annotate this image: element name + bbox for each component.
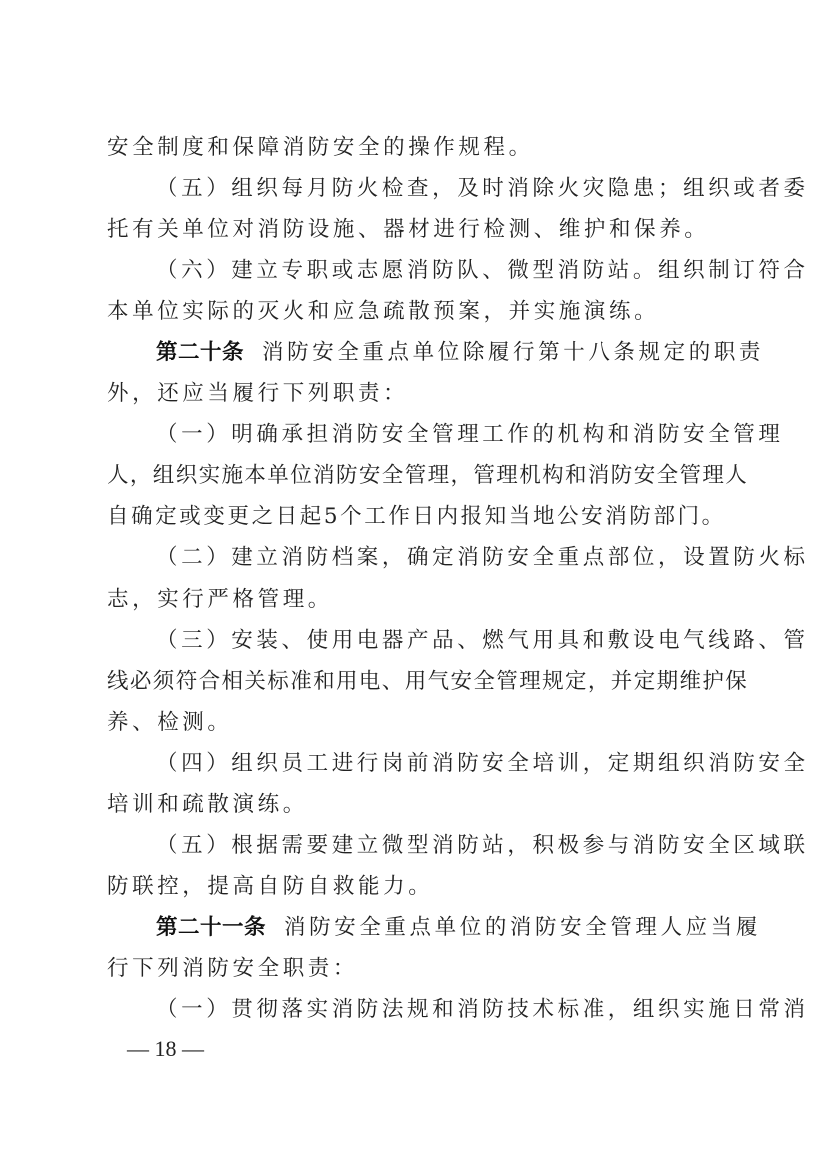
page-number: — 18 — bbox=[127, 1036, 204, 1062]
line-text: 人，组织实施本单位消防安全管理，管理机构和消防安全管理人 bbox=[107, 463, 748, 488]
text-line: 行下列消防安全职责： bbox=[107, 948, 722, 989]
text-line: （二）建立消防档案，确定消防安全重点部位，设置防火标 bbox=[107, 537, 722, 578]
text-line: 外，还应当履行下列职责： bbox=[107, 373, 722, 414]
text-line: 防联控，提高自防自救能力。 bbox=[107, 866, 722, 907]
line-text: 托有关单位对消防设施、器材进行检测、维护和保养。 bbox=[107, 217, 709, 242]
article-21-line: 第二十一条消防安全重点单位的消防安全管理人应当履 bbox=[107, 907, 722, 948]
text-line: 培训和疏散演练。 bbox=[107, 784, 722, 825]
line-text: 养、检测。 bbox=[107, 710, 233, 735]
line-text: （一）贯彻落实消防法规和消防技术标准，组织实施日常消 bbox=[156, 997, 809, 1022]
text-line: （三）安装、使用电器产品、燃气用具和敷设电气线路、管 bbox=[107, 620, 722, 661]
text-line: （一）贯彻落实消防法规和消防技术标准，组织实施日常消 bbox=[107, 989, 722, 1030]
line-text: 培训和疏散演练。 bbox=[107, 792, 308, 817]
text-line: （五）组织每月防火检查，及时消除火灾隐患；组织或者委 bbox=[107, 168, 722, 209]
line-text: 消防安全重点单位的消防安全管理人应当履 bbox=[284, 915, 761, 940]
line-text: 自确定或变更之日起5个工作日内报知当地公安消防部门。 bbox=[107, 504, 726, 529]
line-text: 安全制度和保障消防安全的操作规程。 bbox=[107, 135, 534, 160]
text-line: （一）明确承担消防安全管理工作的机构和消防安全管理 bbox=[107, 414, 722, 455]
text-line: （六）建立专职或志愿消防队、微型消防站。组织制订符合 bbox=[107, 250, 722, 291]
line-text: （二）建立消防档案，确定消防安全重点部位，设置防火标 bbox=[156, 545, 809, 570]
article-heading: 第二十一条 bbox=[156, 915, 266, 940]
line-text: （四）组织员工进行岗前消防安全培训，定期组织消防安全 bbox=[156, 751, 809, 776]
line-text: 志，实行严格管理。 bbox=[107, 587, 333, 612]
line-text: （五）组织每月防火检查，及时消除火灾隐患；组织或者委 bbox=[156, 176, 809, 201]
line-text: （六）建立专职或志愿消防队、微型消防站。组织制订符合 bbox=[156, 258, 809, 283]
line-text: 防联控，提高自防自救能力。 bbox=[107, 874, 433, 899]
text-line: 线必须符合相关标准和用电、用气安全管理规定，并定期维护保 bbox=[107, 661, 722, 702]
text-line: 自确定或变更之日起5个工作日内报知当地公安消防部门。 bbox=[107, 496, 722, 537]
line-text: 消防安全重点单位除履行第十八条规定的职责 bbox=[262, 340, 764, 365]
line-text: 外，还应当履行下列职责： bbox=[107, 381, 408, 406]
text-line: （四）组织员工进行岗前消防安全培训，定期组织消防安全 bbox=[107, 743, 722, 784]
text-line: 托有关单位对消防设施、器材进行检测、维护和保养。 bbox=[107, 209, 722, 250]
text-line: 人，组织实施本单位消防安全管理，管理机构和消防安全管理人 bbox=[107, 455, 722, 496]
document-page: 安全制度和保障消防安全的操作规程。 （五）组织每月防火检查，及时消除火灾隐患；组… bbox=[0, 0, 827, 1169]
body-text: 安全制度和保障消防安全的操作规程。 （五）组织每月防火检查，及时消除火灾隐患；组… bbox=[107, 127, 722, 1030]
line-text: （一）明确承担消防安全管理工作的机构和消防安全管理 bbox=[156, 422, 784, 447]
text-line: 安全制度和保障消防安全的操作规程。 bbox=[107, 127, 722, 168]
line-text: 本单位实际的灭火和应急疏散预案，并实施演练。 bbox=[107, 299, 659, 324]
article-heading: 第二十条 bbox=[156, 340, 244, 365]
line-text: 线必须符合相关标准和用电、用气安全管理规定，并定期维护保 bbox=[107, 669, 748, 694]
text-line: 本单位实际的灭火和应急疏散预案，并实施演练。 bbox=[107, 291, 722, 332]
text-line: 养、检测。 bbox=[107, 702, 722, 743]
line-text: （三）安装、使用电器产品、燃气用具和敷设电气线路、管 bbox=[156, 628, 809, 653]
text-line: 志，实行严格管理。 bbox=[107, 579, 722, 620]
article-20-line: 第二十条消防安全重点单位除履行第十八条规定的职责 bbox=[107, 332, 722, 373]
line-text: （五）根据需要建立微型消防站，积极参与消防安全区域联 bbox=[156, 833, 809, 858]
line-text: 行下列消防安全职责： bbox=[107, 956, 358, 981]
text-line: （五）根据需要建立微型消防站，积极参与消防安全区域联 bbox=[107, 825, 722, 866]
